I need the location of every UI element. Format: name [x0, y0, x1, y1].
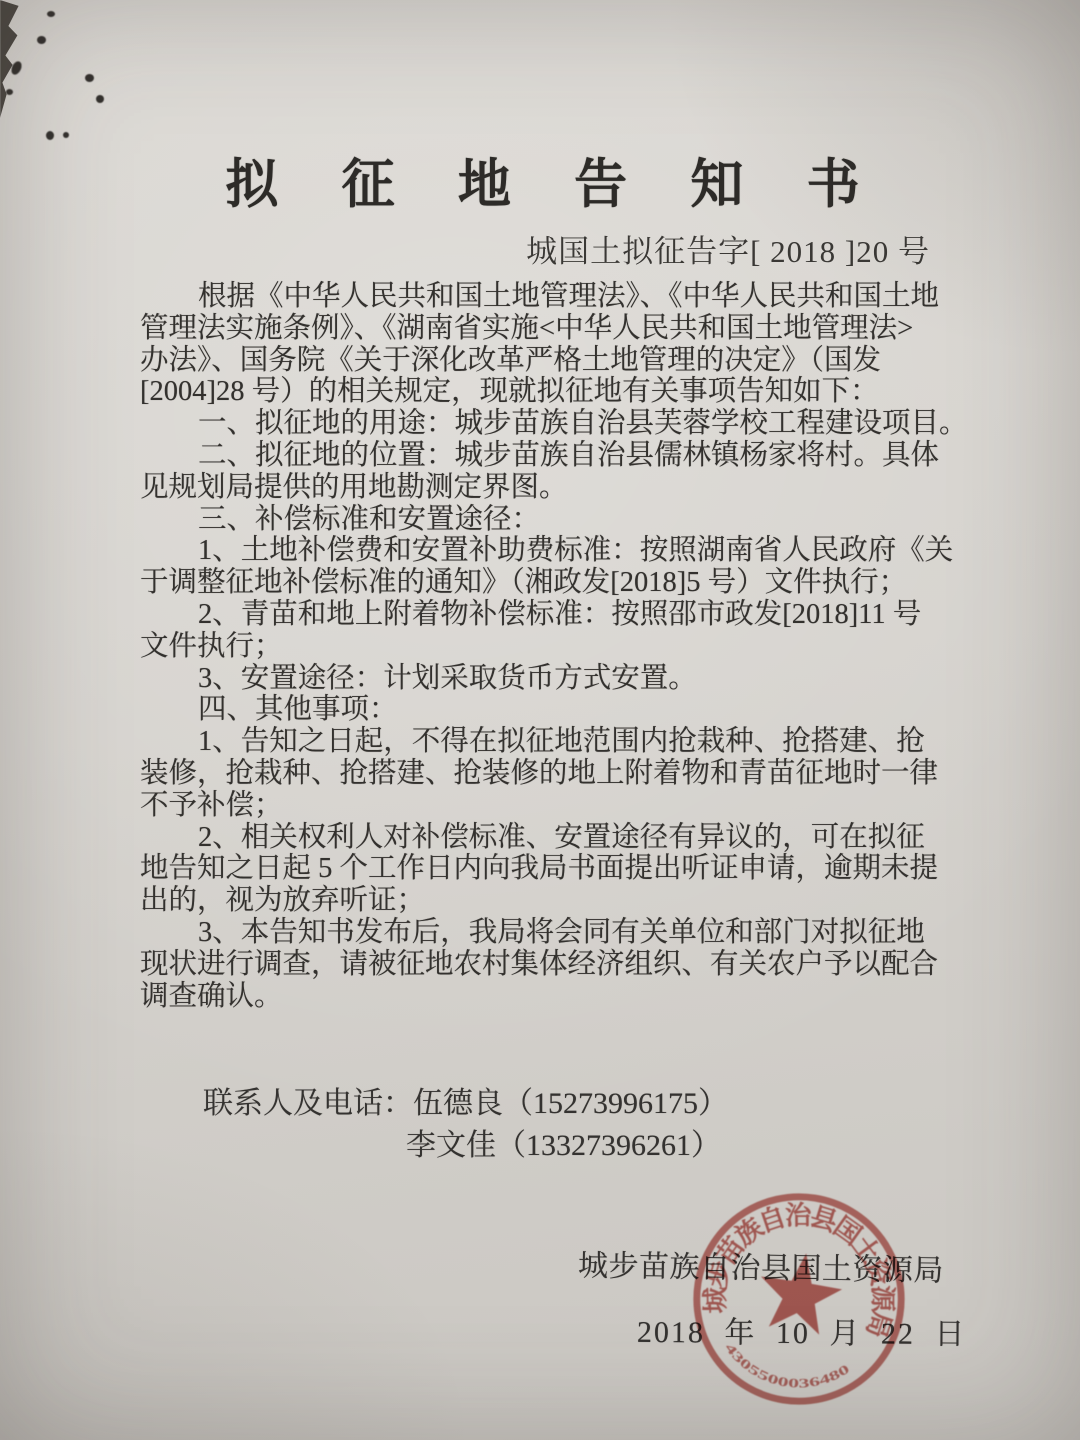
- seal-ring: [686, 1186, 912, 1412]
- ink-spot: [47, 11, 55, 17]
- body-paragraph: 1、告知之日起，不得在拟征地范围内抢栽种、抢搭建、抢 装修，抢栽种、抢搭建、抢装…: [140, 726, 1010, 821]
- body-paragraph: 四、其他事项：: [140, 694, 1010, 726]
- contact-label: 联系人及电话：: [203, 1087, 413, 1120]
- ink-spot: [96, 95, 104, 103]
- ink-spot: [63, 132, 69, 138]
- body-paragraph: 1、土地补偿费和安置补助费标准：按照湖南省人民政府《关 于调整征地补偿标准的通知…: [140, 535, 1010, 599]
- body-paragraph: 根据《中华人民共和国土地管理法》、《中华人民共和国土地 管理法实施条例》、《湖南…: [140, 281, 1010, 408]
- ink-spot: [46, 131, 54, 140]
- document-photo: 拟 征 地 告 知 书 城国土拟征告字[ 2018 ]20 号 根据《中华人民共…: [0, 0, 1080, 1440]
- document-body: 根据《中华人民共和国土地管理法》、《中华人民共和国土地 管理法实施条例》、《湖南…: [140, 281, 1010, 1012]
- body-paragraph: 2、相关权利人对补偿标准、安置途径有异议的，可在拟征 地告知之日起 5 个工作日…: [140, 822, 1010, 917]
- ink-spot: [6, 89, 13, 95]
- contact-person-phone: 李文佳（13327396261）: [406, 1129, 721, 1162]
- ink-spot: [9, 60, 23, 76]
- official-seal-stamp: 城步苗族自治县国土资源局 4305500036480: [686, 1186, 912, 1412]
- contact-block: 联系人及电话：伍德良（15273996175） 李文佳（13327396261）: [203, 1083, 728, 1167]
- body-paragraph: 3、安置途径：计划采取货币方式安置。: [140, 663, 1010, 695]
- issue-date: 2018 年 10 月 22 日: [637, 1307, 967, 1353]
- contact-line: 李文佳（13327396261）: [203, 1125, 728, 1167]
- ink-spot: [37, 36, 46, 44]
- body-paragraph: 一、拟征地的用途：城步苗族自治县芙蓉学校工程建设项目。: [140, 408, 1010, 440]
- contact-line: 联系人及电话：伍德良（15273996175）: [203, 1083, 728, 1125]
- body-paragraph: 三、补偿标准和安置途径：: [140, 504, 1010, 536]
- body-paragraph: 二、拟征地的位置：城步苗族自治县儒林镇杨家将村。具体 见规划局提供的用地勘测定界…: [140, 440, 1010, 504]
- document-number: 城国土拟征告字[ 2018 ]20 号: [526, 226, 930, 271]
- document-title: 拟 征 地 告 知 书: [15, 142, 1080, 218]
- paper-corner-tear: [0, 0, 30, 118]
- body-paragraph: 2、青苗和地上附着物补偿标准：按照邵市政发[2018]11 号 文件执行；: [140, 599, 1010, 663]
- contact-person-phone: 伍德良（15273996175）: [413, 1087, 728, 1120]
- body-paragraph: 3、本告知书发布后，我局将会同有关单位和部门对拟征地 现状进行调查，请被征地农村…: [140, 917, 1010, 1012]
- issuer-name: 城步苗族自治县国土资源局: [578, 1240, 945, 1289]
- ink-spot: [85, 74, 94, 82]
